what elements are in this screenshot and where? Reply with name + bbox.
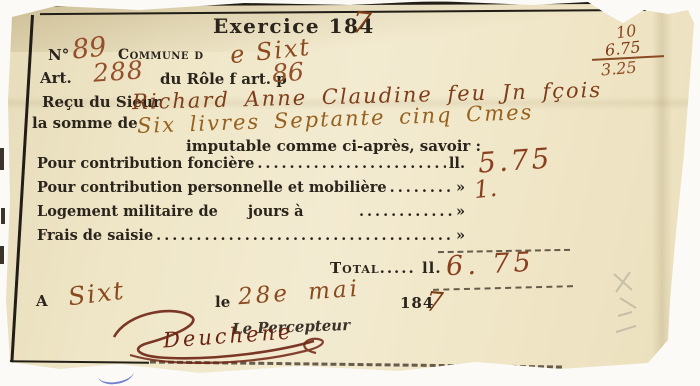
scan-background: Exercice 184 7 10 6.75 3.25 N° 89 Commun… [0,0,700,386]
role-label: du Rôle f art. p [160,70,287,88]
scan-edge-mark [1,208,5,224]
item-label: Pour contribution personnelle et mobiliè… [37,179,387,196]
art-value-handwritten: 288 [92,55,145,87]
total-line: Total..... ll. [330,259,442,277]
total-value-handwritten: 6. 75 [445,247,535,283]
somme-label: la somme de [32,114,138,132]
item-label: Pour contribution foncière [37,155,254,172]
dot-leaders: ........................................… [390,179,453,196]
imputable-line: imputable comme ci-après, savoir : [186,137,481,155]
scan-edge-mark [0,246,4,264]
blue-pen-mark [97,369,134,386]
total-leaders: ..... [380,259,416,277]
corner-calc-line3: 3.25 [600,57,637,79]
title-year-digit-handwritten: 7 [350,5,373,42]
no-label: N° [48,46,69,64]
item-label: Frais de saisie [37,227,153,244]
item-mid-label: jours à [248,203,304,220]
scan-edge-mark [0,148,4,170]
paper-crease-right [652,0,672,386]
left-border-line [10,15,33,363]
item-value-personnelle-handwritten: 1. [473,174,499,204]
dot-leaders: ........................................… [257,155,446,172]
year-digit-handwritten: 7 [425,286,445,318]
item-row-fonciere: Pour contribution foncière .............… [37,155,465,172]
total-unit: ll. [422,259,442,277]
total-rule-bottom [433,285,573,291]
item-unit: » [456,179,465,196]
item-unit: ll. [449,155,465,172]
art-label: Art. [40,69,72,87]
receipt-paper: Exercice 184 7 10 6.75 3.25 N° 89 Commun… [0,0,700,386]
role-value-handwritten: 86 [271,57,305,88]
item-row-personnelle: Pour contribution personnelle et mobiliè… [37,179,465,196]
date-a-label: A [36,292,48,310]
pencil-smudge-marks [606,268,650,342]
dot-leaders: ........................................… [359,203,453,220]
dot-leaders: ........................................… [156,227,453,244]
total-label: Total [330,259,380,277]
item-label: Logement militaire de [37,203,218,220]
item-unit: » [456,203,465,220]
item-row-logement: Logement militaire de jours à ..........… [37,203,465,220]
item-row-frais: Frais de saisie ........................… [37,227,465,244]
item-unit: » [456,227,465,244]
